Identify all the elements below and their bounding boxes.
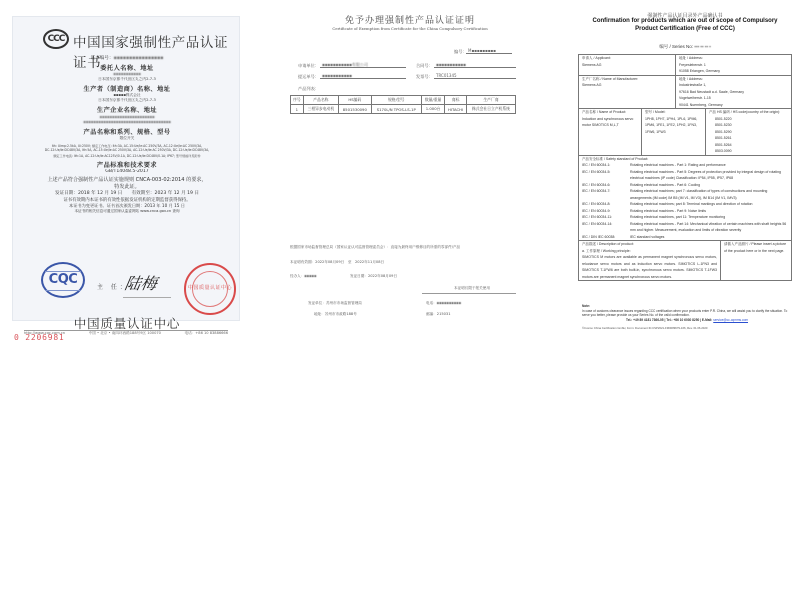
waybill-text: ▪▪▪▪▪▪▪▪▪▪▪: [322, 73, 352, 78]
waybill-value: ▪▪▪▪▪▪▪▪▪▪▪: [320, 73, 406, 79]
table-cell: 1.000台: [421, 105, 444, 114]
table-cell: 三相异步电动机: [303, 105, 338, 114]
standard-description: Rotating electrical machines - Part 14: …: [630, 221, 788, 234]
table-cell: 株式会社日立产机系统: [466, 105, 515, 114]
exemption-title-cn: 免予办理强制性产品认证证明: [286, 13, 534, 26]
invoice-value: TRC01345: [434, 73, 516, 79]
product-name-value: Induction and synchronous servo motor SI…: [582, 116, 638, 129]
product-list-label: 产品列表：: [298, 86, 319, 92]
usage-note: 本证明仅限于报关使用: [454, 286, 490, 291]
issue-date-value: 2022年08月09日: [368, 274, 397, 278]
standard-description: IEC standard voltages: [630, 234, 788, 241]
applicant-value: ▪▪▪▪▪▪▪▪▪▪▪有限公司: [320, 62, 406, 68]
contract-value: ▪▪▪▪▪▪▪▪▪▪▪: [434, 62, 516, 68]
series-value: ▪▪▪ ▪▪ ▪▪ ▪: [694, 44, 711, 49]
handler-value: ▪▪▪▪▪: [304, 274, 316, 278]
note-text: In case of customs clearance issues rega…: [582, 309, 792, 318]
applicant-address: 日本国东京都千代田区丸之内2-7-3: [13, 77, 241, 82]
title-en-line-1: Confirmation for products which are out …: [576, 18, 794, 26]
table-cell: 8501530090: [339, 105, 372, 114]
product-label: 产品名称和系列、规格、型号: [13, 127, 241, 136]
issue-date-label: 发证日期：: [350, 274, 368, 278]
postcode-label: 邮编：: [426, 312, 437, 316]
applicant-label: 委托人名称、地址: [13, 63, 241, 72]
postcode-field: 邮编：215031: [426, 312, 451, 317]
manufacturer-value: Siemens AG: [582, 82, 672, 89]
red-seal-icon: 中国质量认证中心: [184, 263, 236, 315]
exemption-reason: 根据国家市场监督管理总局（国家认证认可监督管理委员会）：直接为最终用户维修目的所…: [290, 245, 460, 250]
handler-label: 经办人：: [290, 274, 304, 278]
table-cell: 1: [291, 105, 304, 114]
series-label: 编号 / Series No:: [659, 44, 693, 49]
conformity-line-1: 上述产品符合强制性产品认证实施规则 CNCA-003-02:2014 的要求，: [13, 176, 241, 183]
standard-code: IEC / EN 60034-5:: [582, 169, 630, 182]
phone-field: 电话：▪▪▪▪▪▪▪▪▪▪: [426, 301, 461, 306]
confirmation-note: Note: In case of customs clearance issue…: [582, 304, 792, 322]
contact-phone: Tel.: +49 89 4181 7366-05 | Tel.: +86 10…: [626, 318, 712, 322]
standard-value: GB/T14048.5-2017: [13, 169, 241, 174]
applicant-row: 申请人 / Applicant: Siemens AG 地址 / Address…: [579, 55, 791, 76]
applicant-label: 申请单位：: [298, 63, 319, 69]
product-row: 产品名称 / Name of Product: Induction and sy…: [579, 109, 791, 156]
manufacturer-label: 生产者（制造商）名称、地址: [13, 84, 241, 93]
table-header: 规格/型号: [371, 96, 421, 105]
director-signature: 陆梅: [123, 271, 159, 294]
cert-number-label: 证书编号：: [91, 56, 114, 61]
standard-code: IEC / EN 60034-7:: [582, 188, 630, 201]
ccc-logo-icon: CCC: [43, 29, 69, 49]
standard-label: 产品标准和技术要求: [13, 160, 241, 169]
signature-line: [123, 297, 171, 298]
hs-code-label: 产品 HS 编码 / HS code(country of the origin…: [709, 109, 788, 116]
cert-number-value: ▪▪▪▪▪▪▪▪▪▪▪▪▪▪▪▪: [114, 56, 164, 61]
note-label: Note:: [582, 304, 590, 308]
address-field: 地址：苏州市市政路188号: [314, 312, 357, 317]
product-spec-2: DC-12:Ue/Ie:DC48V/3A, Ith:5A, AC-15:Ue/I…: [13, 148, 241, 152]
exemption-title-en: Certificate of Exemption from Certificat…: [286, 26, 534, 31]
description-text: SIMOTICS M motors are available as perma…: [582, 254, 717, 280]
contract-text: ▪▪▪▪▪▪▪▪▪▪▪: [436, 62, 466, 67]
invoice-text: TRC01345: [436, 73, 457, 78]
issue-date-field: 发证日期：2022年08月09日: [350, 274, 397, 279]
title-en-line-2: Product Certification (Free of CCC): [576, 26, 794, 34]
standard-item: IEC / EN 60034-7:Rotating electrical mac…: [582, 188, 788, 201]
confirmation-table: 申请人 / Applicant: Siemens AG 地址 / Address…: [578, 54, 792, 281]
applicant-text: ▪▪▪▪▪▪▪▪▪▪▪有限公司: [322, 62, 368, 67]
standard-item: IEC / EN 60034-5:Rotating electrical mac…: [582, 169, 788, 182]
applicant-name: ▪▪▪▪▪▪▪▪▪▪▪: [13, 72, 241, 76]
seal-text: 中国质量认证中心: [186, 284, 234, 291]
fine-print: ©Cosmo China Certification GmbH, Form: D…: [582, 326, 707, 330]
phone-value: ▪▪▪▪▪▪▪▪▪▪: [437, 301, 461, 305]
table-header: HS编码: [339, 96, 372, 105]
waybill-label: 提运单号：: [298, 74, 319, 80]
ccc-certificate: CCC 中国国家强制性产品认证证书 证书编号：▪▪▪▪▪▪▪▪▪▪▪▪▪▪▪▪ …: [12, 16, 240, 321]
cqc-logo-icon: CQC: [41, 262, 85, 298]
contact-email-link[interactable]: service@cc-cqmms.com: [713, 318, 748, 322]
issuer-field: 发证单位：苏州市市场监督管理局: [308, 301, 362, 306]
usage-divider: [422, 293, 516, 294]
series-number: 编号 / Series No: ▪▪▪ ▪▪ ▪▪ ▪: [576, 44, 794, 50]
number-value: M▪▪▪▪▪▪▪▪▪: [466, 48, 512, 54]
contract-label: 合同号：: [416, 63, 433, 69]
product-spec-3: 额定工作电流: Ith:1A, AC-12:Ue/Ie:AC125V/0.1A,…: [13, 153, 241, 158]
standard-item: IEC / EN 60034-14:Rotating electrical ma…: [582, 221, 788, 234]
hs-code-list: 8501.52208501.52308501.52908501.52618501…: [709, 116, 788, 155]
safety-standard-row: 产品安全标准 / Safety standard of Product: IEC…: [579, 156, 791, 242]
table-cell: HITACHI: [445, 105, 467, 114]
table-header: 商标: [445, 96, 467, 105]
ccc-cert-number: 证书编号：▪▪▪▪▪▪▪▪▪▪▪▪▪▪▪▪: [13, 55, 241, 61]
manufacturer-address: 日本国东京都千代田区丸之内2-7-3: [13, 98, 241, 103]
standard-code: IEC / DIN IEC 60038:: [582, 234, 630, 241]
invoice-label: 发票号：: [416, 74, 433, 80]
address-value: 苏州市市政路188号: [325, 312, 357, 316]
model-value: 1PH8, 1PH7, 1PH4, 1PL6, 1PM6, 1PM6, 1FE1…: [645, 116, 702, 136]
contact-line: Tel.: +49 89 4181 7366-05 | Tel.: +86 10…: [582, 318, 792, 323]
standard-item: IEC / DIN IEC 60038:IEC standard voltage…: [582, 234, 788, 241]
cqc-logo-text: CQC: [49, 272, 78, 287]
number-text: M▪▪▪▪▪▪▪▪▪: [468, 48, 496, 53]
manufacturer-row: 生产厂名称 / Name of Manufacturer: Siemens AG…: [579, 76, 791, 110]
product-table: 序号产品名称HS编码规格/型号数量/重量商标生产厂商 1三相异步电动机85015…: [290, 95, 516, 114]
exemption-validity: 本证明有效期：2022年08月09日 至 2022年11月08日: [290, 260, 384, 265]
standard-description: Rotating electrical machines; part 7: cl…: [630, 188, 788, 201]
table-header: 数量/重量: [421, 96, 444, 105]
confirmation-title-en: Confirmation for products which are out …: [576, 18, 794, 33]
issue-dates: 发证日期：2018 年 12 月 19 日 有效期至：2023 年 12 月 1…: [13, 190, 241, 196]
picture-placeholder-note: 请插入产品照片 / Please insert a picture of the…: [724, 241, 788, 254]
handler-field: 经办人：▪▪▪▪▪: [290, 274, 317, 279]
footer-phone: 电话：+86 10 83886666: [184, 331, 228, 336]
table-row: 1三相异步电动机8501530090S170L/N TPOS-LS-1P1.00…: [291, 105, 516, 114]
postcode-value: 215031: [437, 312, 451, 316]
conformity-line-2: 特发此证。: [13, 183, 241, 190]
standard-description: Rotating electrical machines - Part 5: D…: [630, 169, 788, 182]
factory-label: 生产企业名称、地址: [13, 105, 241, 114]
footer-address: 中国 • 北京 • 南四环西路188号9区 100070: [89, 331, 161, 336]
table-cell: S170L/N TPOS-LS-1P: [371, 105, 421, 114]
manufacturer-address-line: 90441 Nuernberg, Germany: [679, 102, 788, 109]
serial-number: 0 2206981: [14, 333, 65, 342]
number-label: 编号：: [454, 49, 467, 55]
description-row: 产品描述 / Description of product: a. 工作原理 /…: [579, 241, 791, 280]
phone-label: 电话：: [426, 301, 437, 305]
query-note: 本证书的相关信息可通过国家认监委网站 www.cnca.gov.cn 查询: [13, 209, 241, 214]
siemens-confirmation: 强制性产品认证目录外产品确认书 Confirmation for product…: [576, 6, 794, 326]
issuer-value: 苏州市市场监督管理局: [326, 301, 362, 305]
issuer-label: 发证单位：: [308, 301, 326, 305]
standard-code: IEC / EN 60034-14:: [582, 221, 630, 234]
hs-code-item: 8503.0090: [715, 148, 788, 155]
exemption-certificate: 免予办理强制性产品认证证明 Certificate of Exemption f…: [286, 8, 534, 328]
table-header: 序号: [291, 96, 304, 105]
product-name: 限位开关: [13, 136, 241, 141]
address-label: 地址：: [314, 312, 325, 316]
factory-line-2: ▪▪▪▪▪▪▪▪▪▪▪▪▪▪▪▪▪▪▪▪▪▪▪▪▪▪▪▪▪▪▪▪▪▪▪: [13, 120, 241, 124]
table-header: 生产厂商: [466, 96, 515, 105]
table-header: 产品名称: [303, 96, 338, 105]
factory-line-1: ▪▪▪▪▪▪▪▪▪▪▪▪▪▪▪▪▪▪▪▪▪▪: [13, 115, 241, 119]
applicant-value: Siemens AG: [582, 62, 672, 69]
applicant-address-line: 91058 Erlangen, Germany: [679, 68, 788, 75]
safety-standard-list: IEC / EN 60034-1:Rotating electrical mac…: [582, 162, 788, 240]
